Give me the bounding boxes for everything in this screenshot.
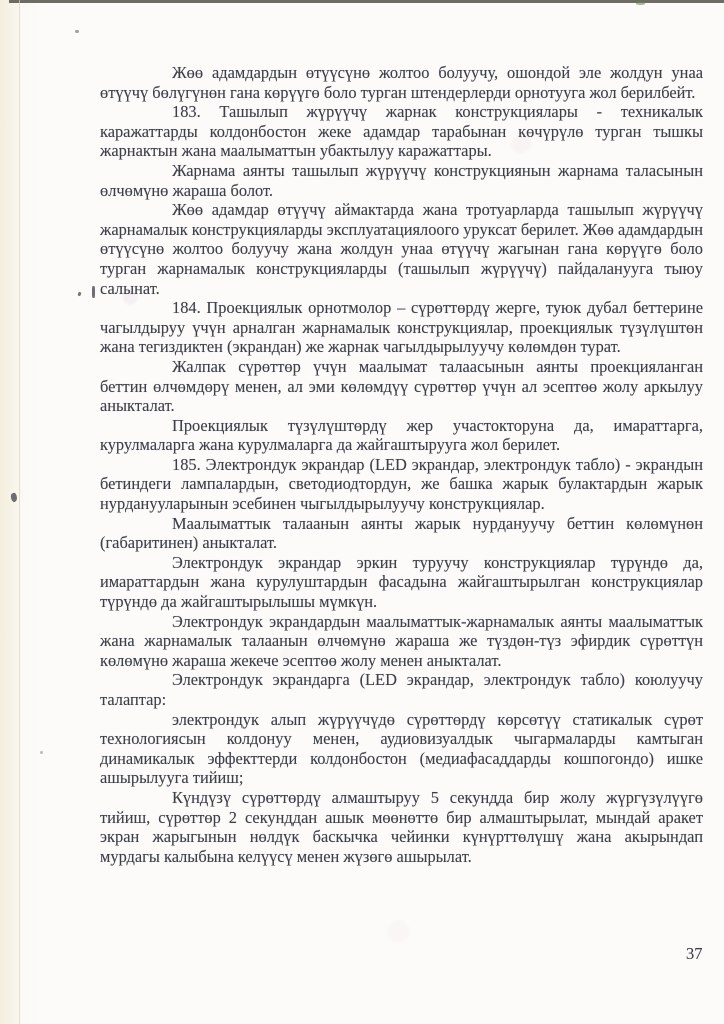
paragraph-183: 183. Ташылып жүрүүчү жарнак конструкциял… (100, 102, 703, 161)
paragraph: Электрондук экрандардын маалыматтык-жарн… (100, 612, 703, 671)
ink-speck (10, 492, 18, 502)
paragraph: Электрондук экрандарга (LED экрандар, эл… (100, 670, 703, 709)
paragraph: Маалыматтык талаанын аянты жарык нурдану… (100, 514, 703, 553)
ink-speck (636, 2, 645, 5)
paragraph: Жарнама аянты ташылып жүрүүчү конструкци… (100, 161, 703, 200)
paragraph: Проекциялык түзүлүштөрдү жер участоктору… (100, 416, 703, 455)
page-number: 37 (686, 944, 703, 964)
ink-speck (77, 292, 81, 297)
paragraph: Жөө адамдар өтүүчү аймактарда жана троту… (100, 200, 703, 298)
paragraph: электрондук алып жүрүүчүдө сүрөттөрдү кө… (100, 710, 703, 788)
scanned-document-page: Жөө адамдардын өтүүсүнө жолтоо болуучу, … (0, 0, 724, 1024)
paragraph-185: 185. Электрондук экрандар (LED экрандар,… (100, 455, 703, 514)
ink-speck (75, 30, 79, 33)
paragraph: Жөө адамдардын өтүүсүнө жолтоо болуучу, … (100, 63, 703, 102)
scan-top-edge (9, 0, 724, 3)
document-body: Жөө адамдардын өтүүсүнө жолтоо болуучу, … (100, 63, 703, 866)
paragraph: Электрондук экрандар эркин туруучу конст… (100, 553, 703, 612)
paper-stain (564, 955, 587, 979)
ink-speck (40, 751, 43, 754)
ink-speck (92, 286, 95, 298)
paragraph: Жалпак сүрөттөр үчүн маалымат талаасынын… (100, 357, 703, 416)
paragraph-184: 184. Проекциялык орнотмолор – сүрөттөрдү… (100, 298, 703, 357)
paragraph: Күндүзү сүрөттөрдү алмаштыруу 5 секундда… (100, 788, 703, 866)
scan-left-edge (19, 0, 20, 1024)
